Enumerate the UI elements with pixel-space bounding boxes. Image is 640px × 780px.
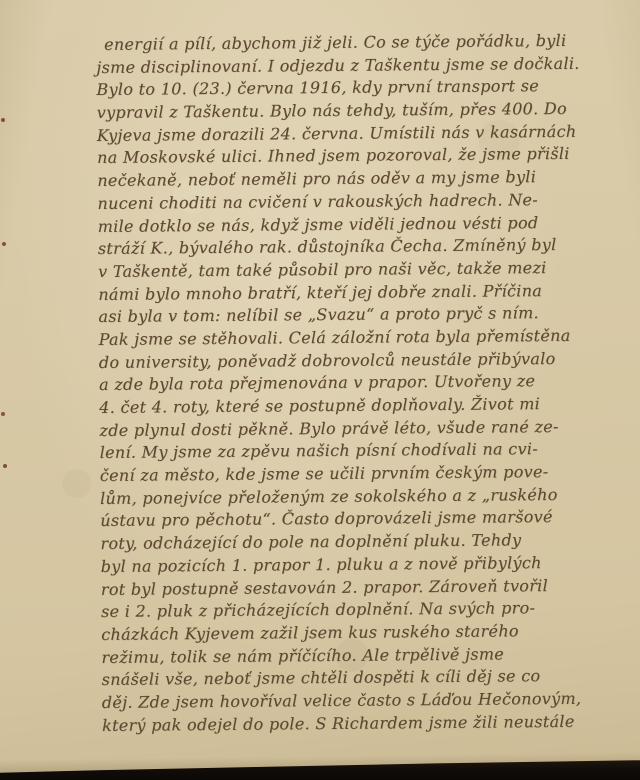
handwritten-line: na Moskovské ulici. Ihned jsem pozoroval… (97, 143, 635, 170)
manuscript-page: energií a pílí, abychom již jeli. Co se … (0, 0, 640, 780)
binding-edge-specks (1, 118, 5, 122)
handwritten-line: který pak odejel do pole. S Richardem js… (102, 710, 640, 737)
handwritten-line: stráží K., bývalého rak. důstojníka Čech… (98, 233, 636, 260)
handwritten-line: Pak jsme se stěhovali. Celá záložní rota… (99, 324, 637, 351)
manuscript-text: energií a pílí, abychom již jeli. Co se … (96, 29, 640, 737)
photo-background-edge (0, 754, 640, 780)
